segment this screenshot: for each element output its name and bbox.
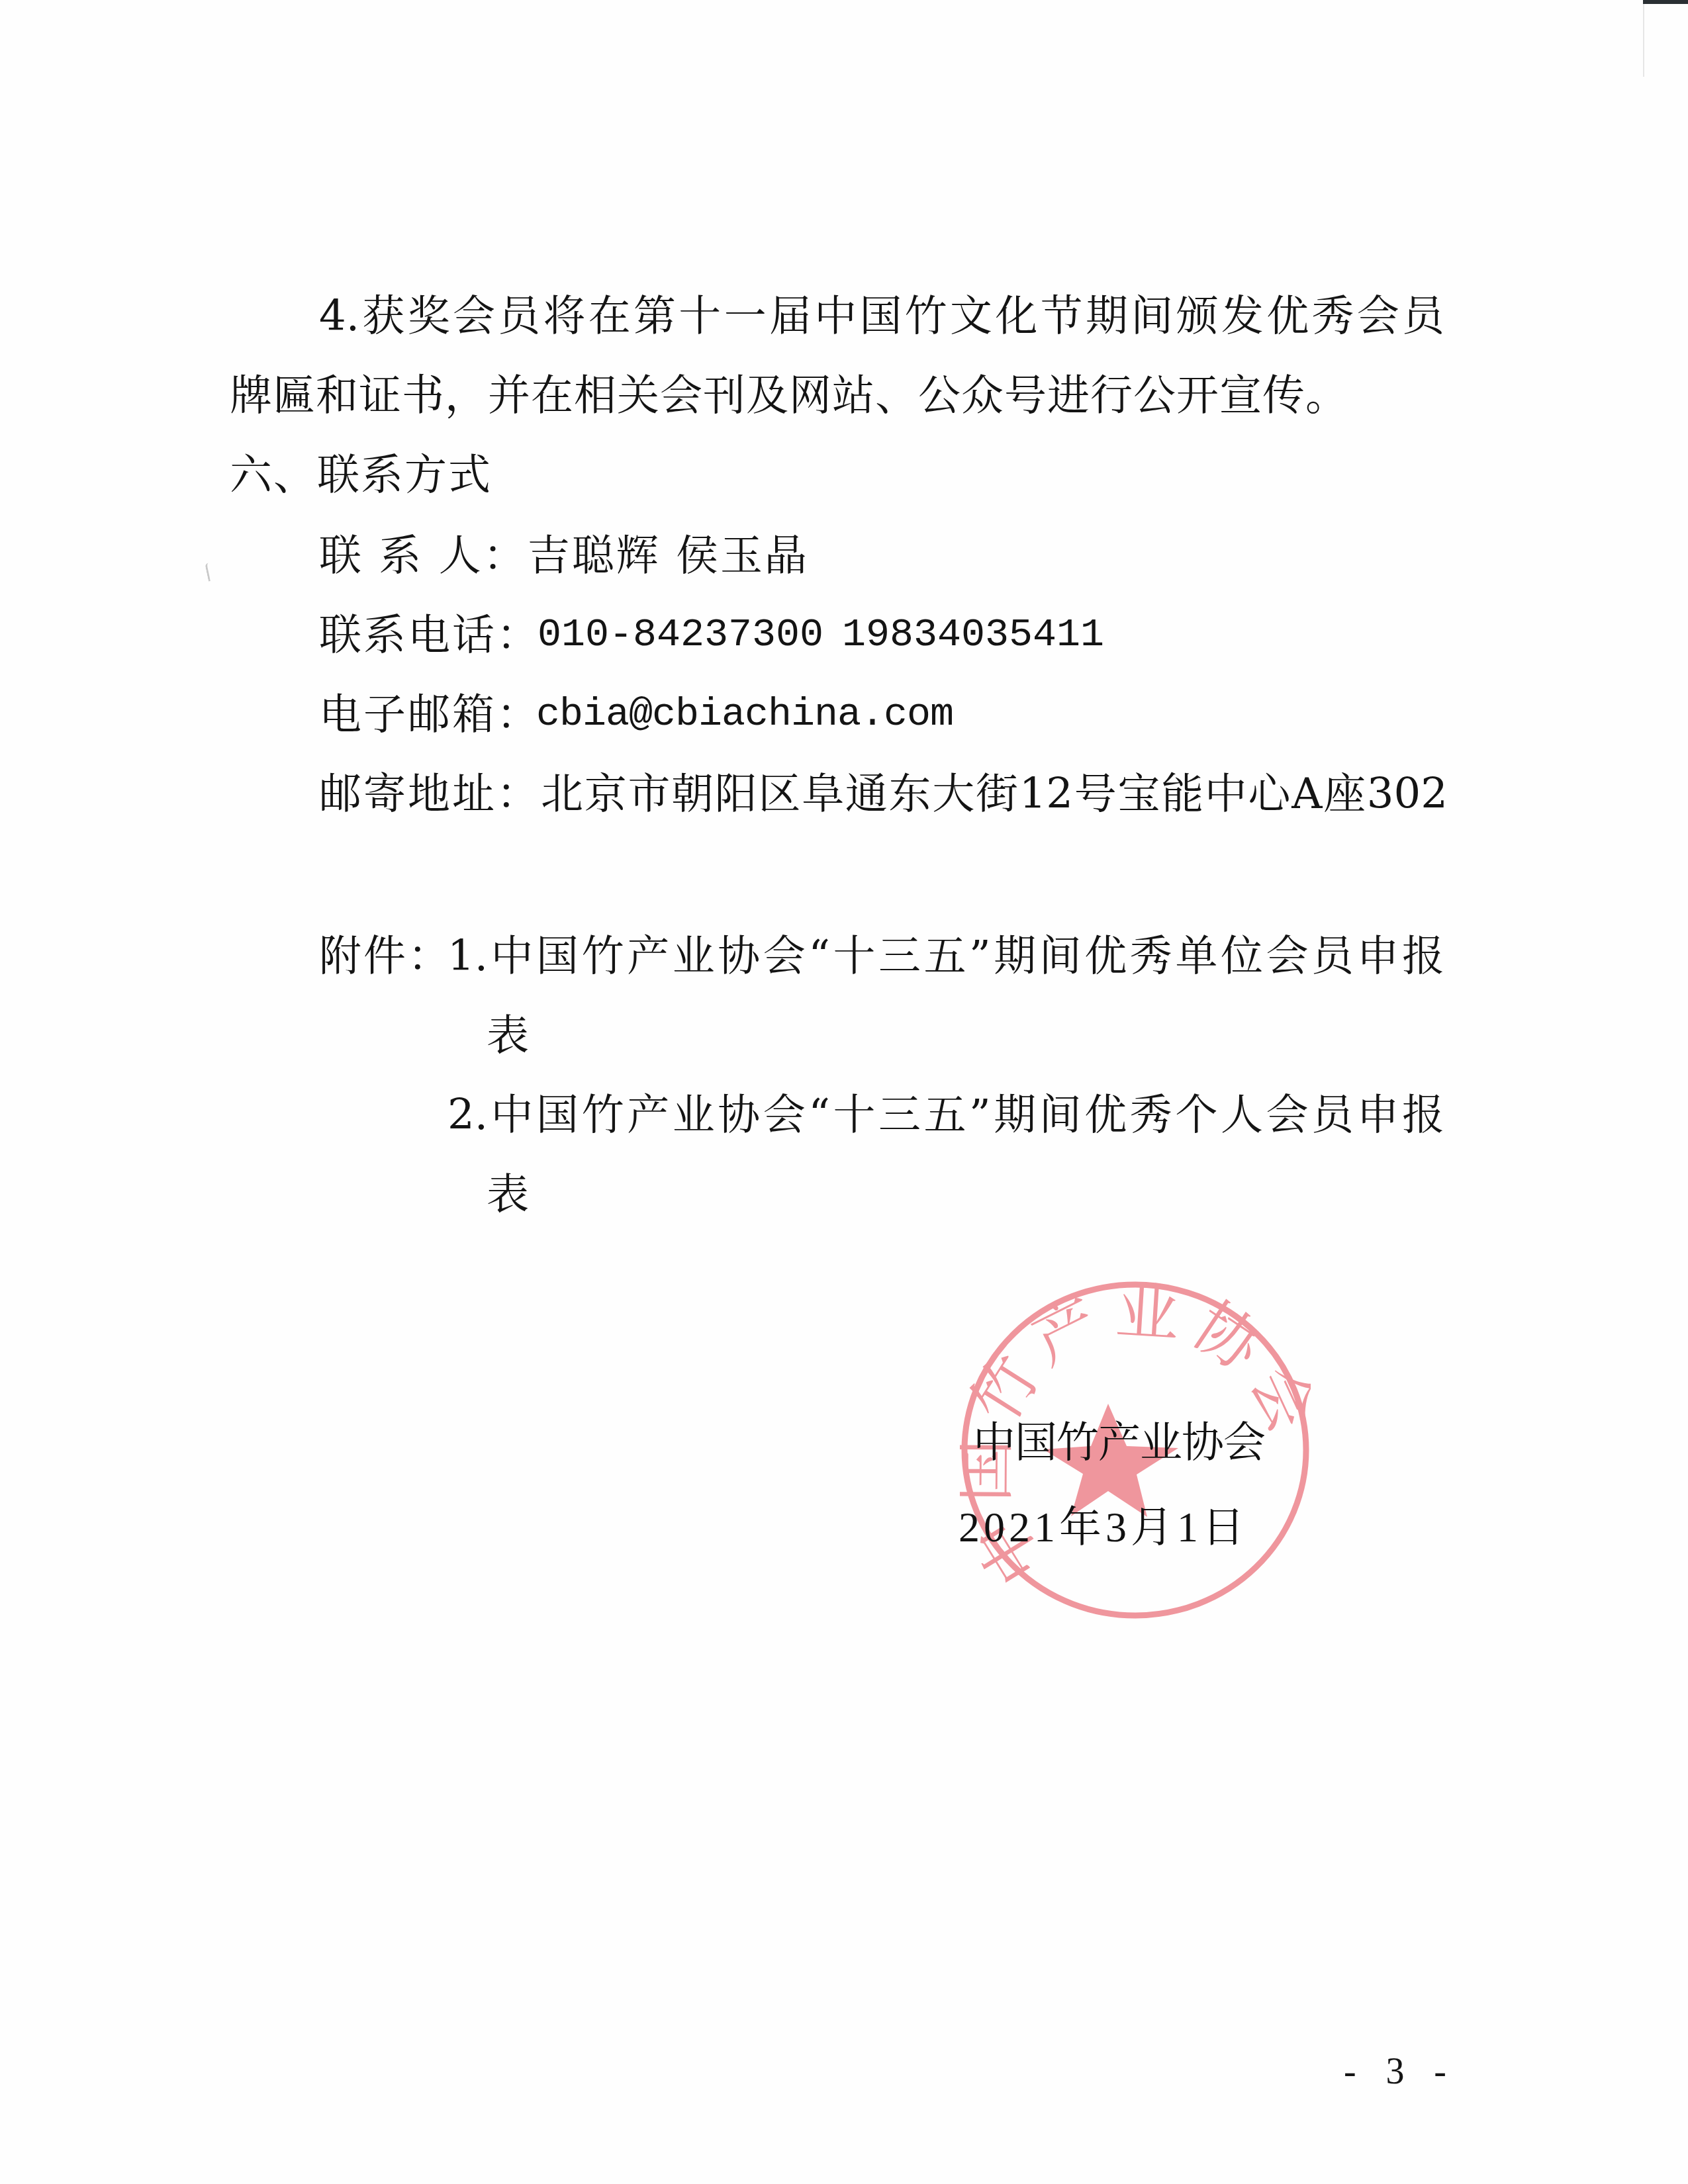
phone-row: 联系电话：010-8423730019834035411 <box>319 609 541 662</box>
scan-artifact-bar <box>1643 0 1688 4</box>
contact-person-value: 吉聪辉 侯玉晶 <box>528 531 809 580</box>
email-row: 电子邮箱：cbia@cbiachina.com <box>319 688 541 741</box>
attachments-label: 附件： <box>319 930 452 983</box>
attachment-2-line-2: 表 <box>487 1168 531 1221</box>
scan-artifact-edge <box>1643 4 1644 77</box>
address-label: 邮寄地址： <box>319 770 541 819</box>
phone-number-2: 19834035411 <box>842 609 1104 662</box>
attachment-1-line-1: 1.中国竹产业协会“十三五”期间优秀单位会员申报 <box>447 930 1444 983</box>
page-number: - 3 - <box>1344 2048 1446 2095</box>
email-label: 电子邮箱： <box>319 690 541 739</box>
document-page: 4.获奖会员将在第十一届中国竹文化节期间颁发优秀会员 牌匾和证书，并在相关会刊及… <box>0 0 1688 2184</box>
phone-label: 联系电话： <box>319 611 541 660</box>
scan-speck <box>205 562 216 582</box>
contact-person-label: 联 系 人： <box>319 531 528 580</box>
paragraph-4-line-1: 4.获奖会员将在第十一届中国竹文化节期间颁发优秀会员 <box>319 290 1444 343</box>
attachment-2-line-1: 2.中国竹产业协会“十三五”期间优秀个人会员申报 <box>447 1089 1444 1142</box>
attachment-1-line-2: 表 <box>487 1009 531 1062</box>
address-value: 北京市朝阳区阜通东大街12号宝能中心A座302 <box>541 768 1448 821</box>
paragraph-4-line-2: 牌匾和证书，并在相关会刊及网站、公众号进行公开宣传。 <box>230 369 1348 422</box>
contact-person-row: 联 系 人：吉聪辉 侯玉晶 <box>319 529 809 582</box>
signature-organization: 中国竹产业协会 <box>973 1416 1265 1469</box>
signature-date: 2021年3月1日 <box>959 1501 1248 1554</box>
section-heading-contact: 六、联系方式 <box>230 449 492 502</box>
address-row: 邮寄地址：北京市朝阳区阜通东大街12号宝能中心A座302 <box>319 768 1444 821</box>
email-value: cbia@cbiachina.com <box>536 688 953 741</box>
phone-number-1: 010-84237300 <box>538 609 823 662</box>
